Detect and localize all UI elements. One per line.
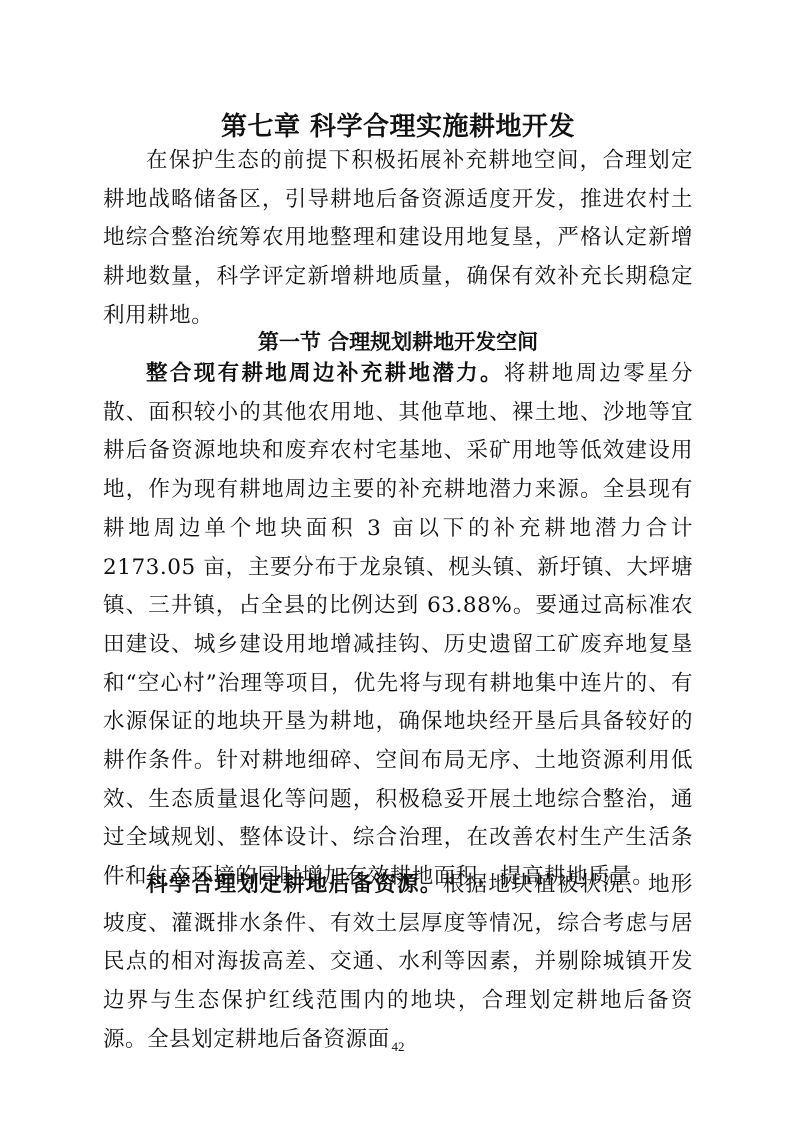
- paragraph-supplement-potential: 整合现有耕地周边补充耕地潜力。将耕地周边零星分散、面积较小的其他农用地、其他草地…: [103, 355, 693, 897]
- paragraph-body: 将耕地周边零星分散、面积较小的其他农用地、其他草地、裸土地、沙地等宜耕后备资源地…: [103, 361, 693, 889]
- chapter-title: 第七章 科学合理实施耕地开发: [103, 109, 693, 145]
- paragraph-lead-heading: 科学合理划定耕地后备资源。: [146, 872, 443, 897]
- paragraph-reserve-resources: 科学合理划定耕地后备资源。根据地块植被状况、地形坡度、灌溉排水条件、有效土层厚度…: [103, 866, 693, 1060]
- page-number: 42: [103, 1038, 693, 1056]
- paragraph-lead-heading: 整合现有耕地周边补充耕地潜力。: [146, 361, 504, 386]
- paragraph-body: 根据地块植被状况、地形坡度、灌溉排水条件、有效土层厚度等情况，综合考虑与居民点的…: [103, 872, 693, 1052]
- chapter-intro-paragraph: 在保护生态的前提下积极拓展补充耕地空间，合理划定耕地战略储备区，引导耕地后备资源…: [103, 142, 693, 336]
